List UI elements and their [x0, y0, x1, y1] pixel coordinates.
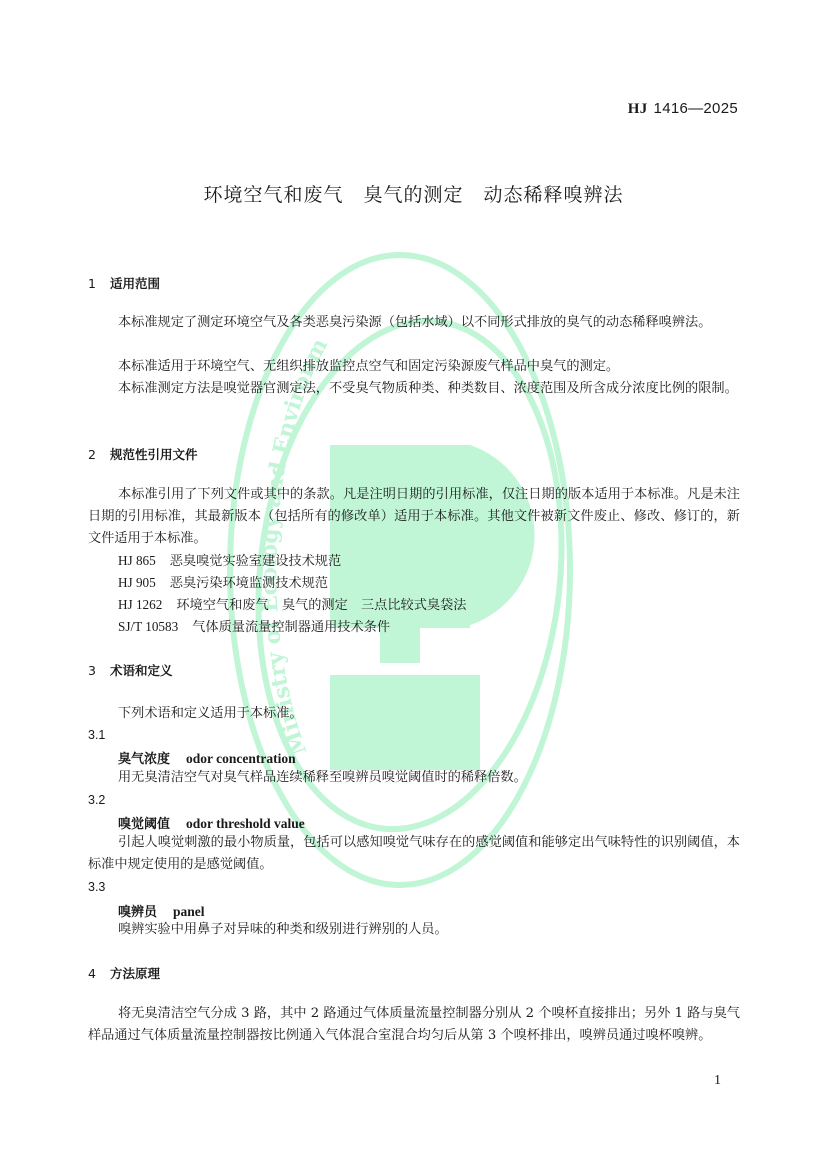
term-heading: 嗅觉阈值odor threshold value	[118, 813, 305, 832]
clause-number: 3.3	[88, 880, 105, 894]
standard-code: HJ1416—2025	[628, 100, 738, 118]
term-heading: 臭气浓度odor concentration	[118, 748, 296, 767]
section-title: 术语和定义	[110, 663, 173, 678]
term-definition: 引起人嗅觉刺激的最小物质量，包括可以感知嗅觉气味存在的感觉阈值和能够定出气味特性…	[88, 832, 740, 876]
document-title: 环境空气和废气 臭气的测定 动态稀释嗅辨法	[0, 180, 827, 207]
section-title: 规范性引用文件	[110, 447, 198, 462]
term-en: odor concentration	[186, 751, 296, 766]
reference-title: 恶臭嗅觉实验室建设技术规范	[170, 554, 341, 569]
paragraph: 本标准规定了测定环境空气及各类恶臭污染源（包括水域）以不同形式排放的臭气的动态稀…	[88, 312, 740, 334]
reference-title: 气体质量流量控制器通用技术条件	[192, 620, 390, 635]
document-content: HJ1416—2025 环境空气和废气 臭气的测定 动态稀释嗅辨法 1适用范围 …	[0, 0, 827, 1170]
section-number: 2	[88, 447, 110, 462]
reference-title: 环境空气和废气 臭气的测定 三点比较式臭袋法	[176, 598, 466, 613]
reference-code: HJ 865	[118, 553, 156, 568]
paragraph: 将无臭清洁空气分成 3 路，其中 2 路通过气体质量流量控制器分别从 2 个嗅杯…	[88, 1003, 740, 1047]
reference-item: HJ 1262环境空气和废气 臭气的测定 三点比较式臭袋法	[118, 594, 466, 617]
reference-item: SJ/T 10583气体质量流量控制器通用技术条件	[118, 616, 390, 639]
page-number: 1	[714, 1073, 721, 1089]
term-definition: 嗅辨实验中用鼻子对异味的种类和级别进行辨别的人员。	[88, 919, 740, 941]
standard-prefix: HJ	[628, 101, 648, 117]
section-heading-1: 1适用范围	[88, 274, 160, 292]
reference-item: HJ 865恶臭嗅觉实验室建设技术规范	[118, 550, 341, 573]
reference-code: HJ 1262	[118, 597, 162, 612]
section-number: 3	[88, 663, 110, 678]
section-title: 适用范围	[110, 276, 160, 291]
section-heading-4: 4方法原理	[88, 964, 160, 982]
reference-code: HJ 905	[118, 575, 156, 590]
clause-number: 3.2	[88, 793, 105, 807]
reference-item: HJ 905恶臭污染环境监测技术规范	[118, 572, 328, 595]
clause-number: 3.1	[88, 728, 105, 742]
section-title: 方法原理	[110, 966, 160, 981]
standard-number: 1416—2025	[654, 100, 738, 117]
paragraph: 本标准测定方法是嗅觉器官测定法，不受臭气物质种类、种类数目、浓度范围及所含成分浓…	[88, 378, 740, 400]
reference-title: 恶臭污染环境监测技术规范	[170, 576, 328, 591]
term-heading: 嗅辨员panel	[118, 901, 205, 920]
term-zh: 嗅辨员	[118, 905, 157, 920]
term-zh: 臭气浓度	[118, 752, 170, 767]
section-number: 1	[88, 276, 110, 291]
term-en: panel	[173, 904, 205, 919]
paragraph: 本标准适用于环境空气、无组织排放监控点空气和固定污染源废气样品中臭气的测定。	[88, 356, 740, 378]
term-en: odor threshold value	[186, 816, 305, 831]
section-number: 4	[88, 966, 110, 981]
term-definition: 用无臭清洁空气对臭气样品连续稀释至嗅辨员嗅觉阈值时的稀释倍数。	[88, 767, 740, 789]
reference-code: SJ/T 10583	[118, 619, 178, 634]
paragraph: 下列术语和定义适用于本标准。	[88, 703, 740, 725]
term-zh: 嗅觉阈值	[118, 817, 170, 832]
paragraph: 本标准引用了下列文件或其中的条款。凡是注明日期的引用标准，仅注日期的版本适用于本…	[88, 484, 740, 550]
section-heading-3: 3术语和定义	[88, 661, 173, 679]
section-heading-2: 2规范性引用文件	[88, 445, 198, 463]
document-page: Ministry of Ecology and Environment HJ14…	[0, 0, 827, 1170]
